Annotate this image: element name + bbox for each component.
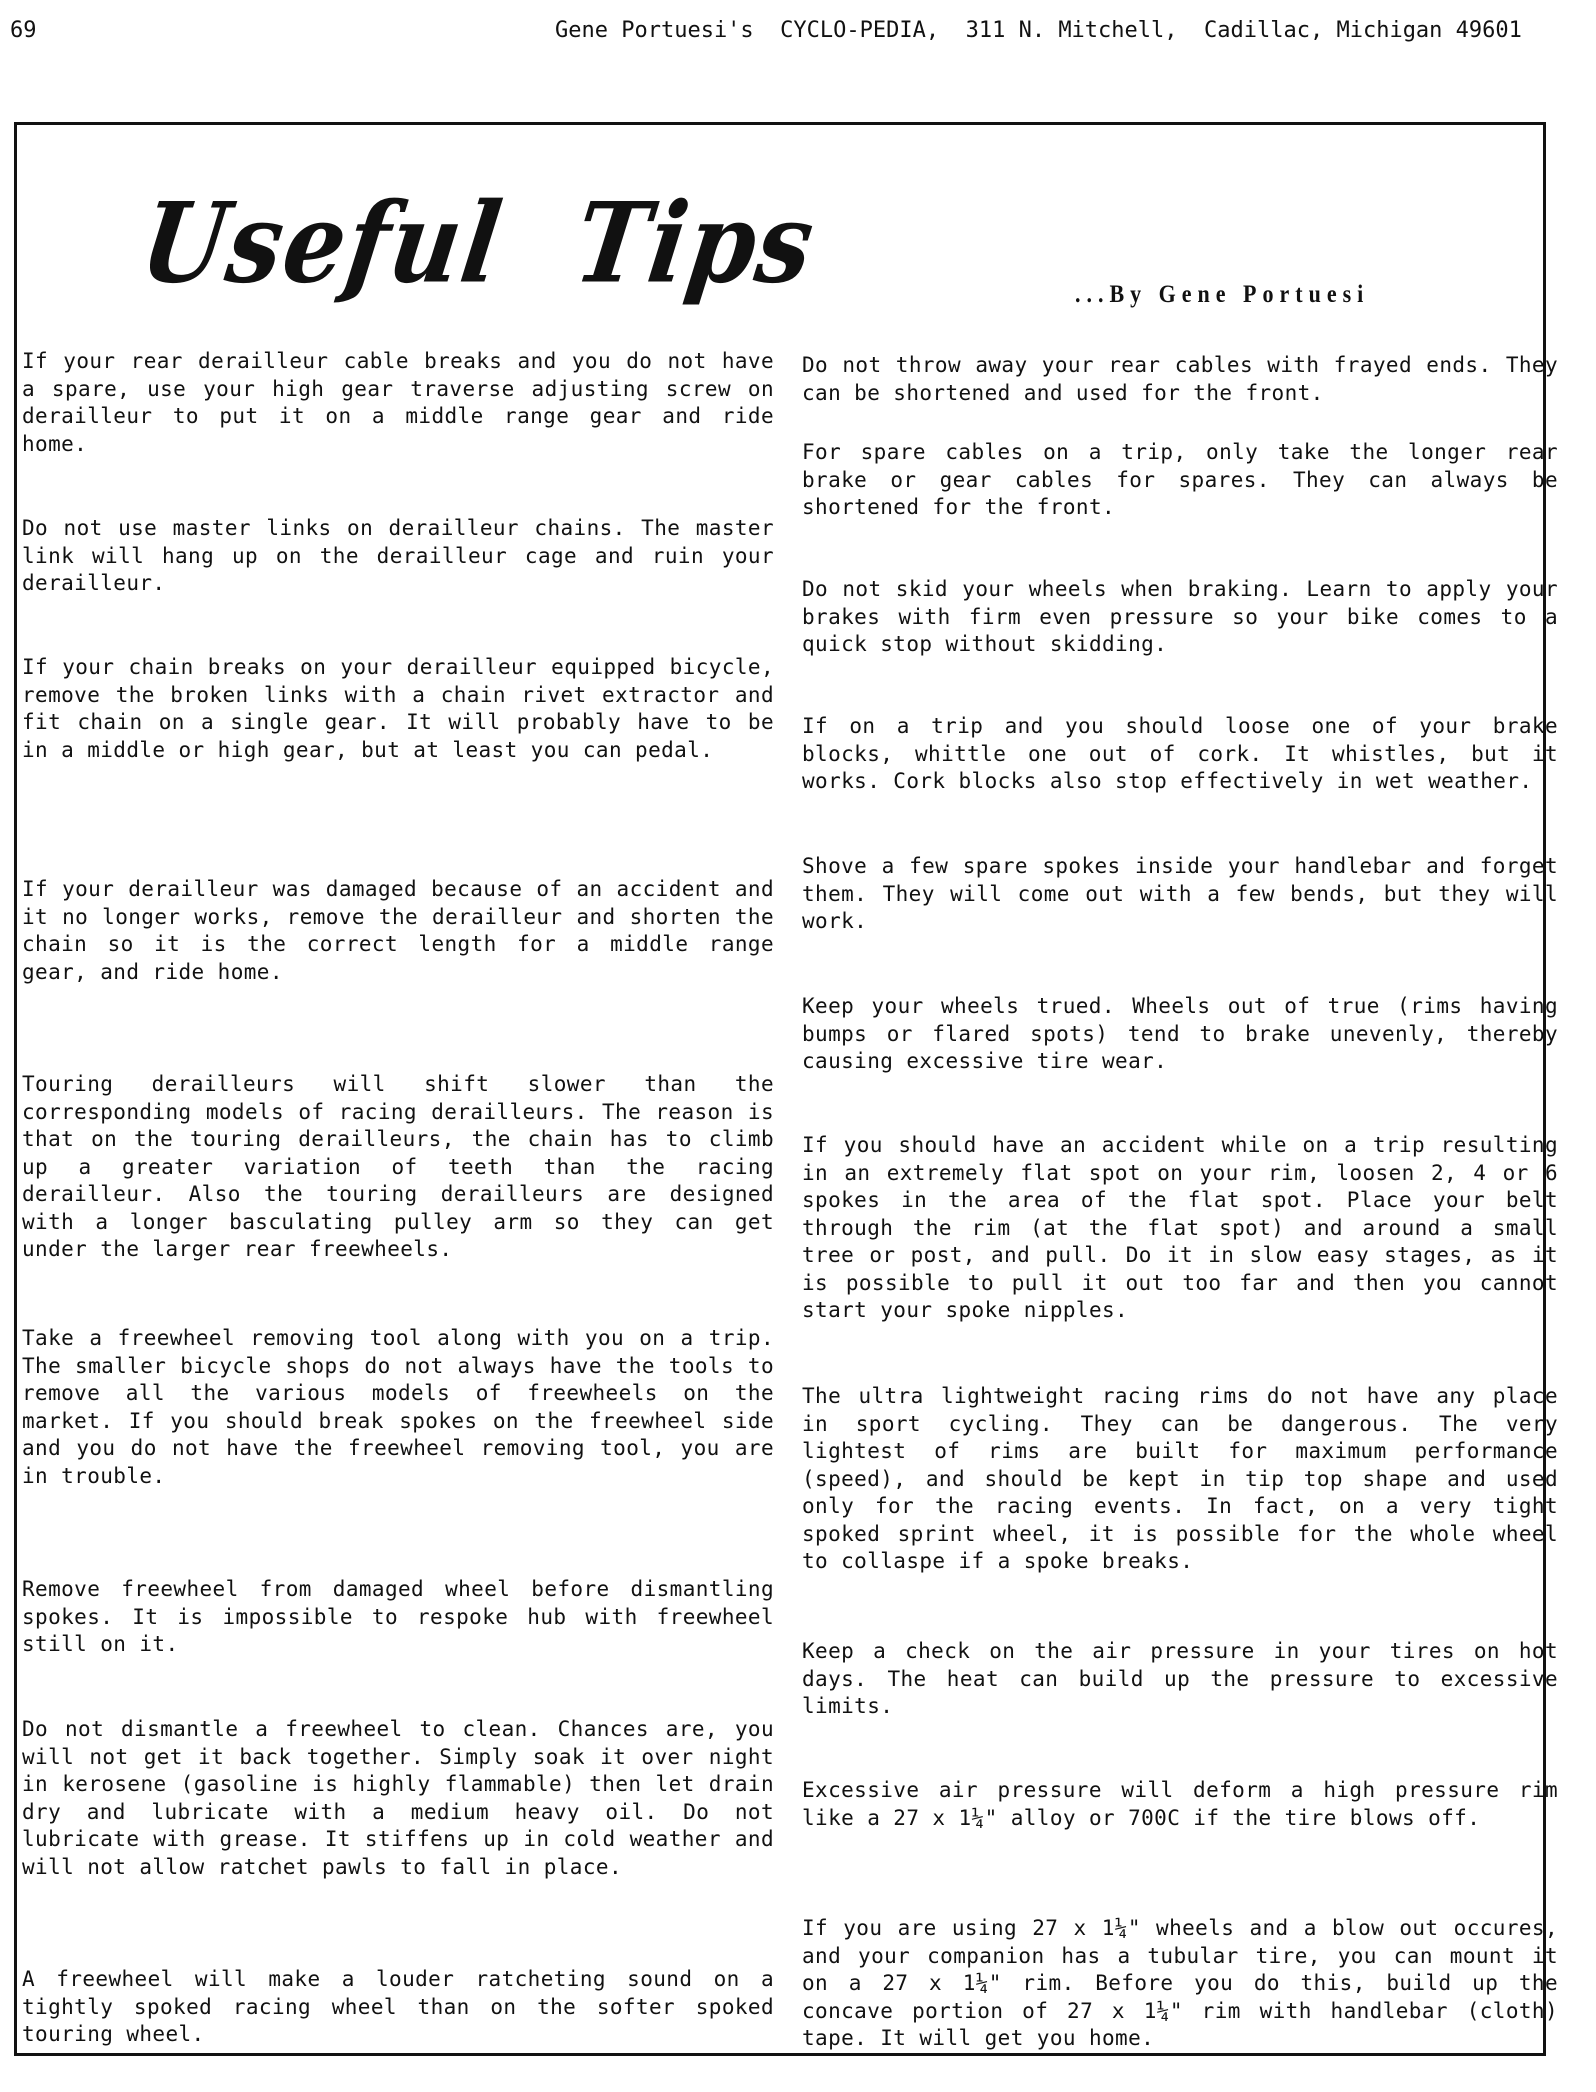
tip-right-5: Shove a few spare spokes inside your han…: [802, 853, 1558, 936]
tip-right-8: The ultra lightweight racing rims do not…: [802, 1383, 1558, 1576]
tip-right-2: For spare cables on a trip, only take th…: [802, 439, 1558, 522]
tip-left-6: Take a freewheel removing tool along wit…: [22, 1325, 774, 1490]
running-header: Gene Portuesi's CYCLO-PEDIA, 311 N. Mitc…: [555, 18, 1522, 43]
tip-right-3: Do not skid your wheels when braking. Le…: [802, 576, 1558, 659]
tip-right-6: Keep your wheels trued. Wheels out of tr…: [802, 993, 1558, 1076]
tip-right-4: If on a trip and you should loose one of…: [802, 713, 1558, 796]
tip-right-7: If you should have an accident while on …: [802, 1132, 1558, 1325]
tip-left-7: Remove freewheel from damaged wheel befo…: [22, 1576, 774, 1659]
tip-right-1: Do not throw away your rear cables with …: [802, 352, 1558, 407]
tip-left-8: Do not dismantle a freewheel to clean. C…: [22, 1716, 774, 1881]
article-byline: ...By Gene Portuesi: [1075, 279, 1369, 309]
tip-right-9: Keep a check on the air pressure in your…: [802, 1638, 1558, 1721]
tip-right-11: If you are using 27 x 1¼" wheels and a b…: [802, 1915, 1558, 2053]
page-number: 69: [10, 18, 37, 43]
tip-left-3: If your chain breaks on your derailleur …: [22, 654, 774, 764]
tip-left-1: If your rear derailleur cable breaks and…: [22, 348, 774, 458]
article-title: Useful Tips: [134, 178, 823, 308]
tip-right-10: Excessive air pressure will deform a hig…: [802, 1777, 1558, 1832]
tip-left-9: A freewheel will make a louder ratchetin…: [22, 1966, 774, 2049]
tip-left-2: Do not use master links on derailleur ch…: [22, 515, 774, 598]
tip-left-4: If your derailleur was damaged because o…: [22, 876, 774, 986]
tip-left-5: Touring derailleurs will shift slower th…: [22, 1071, 774, 1264]
